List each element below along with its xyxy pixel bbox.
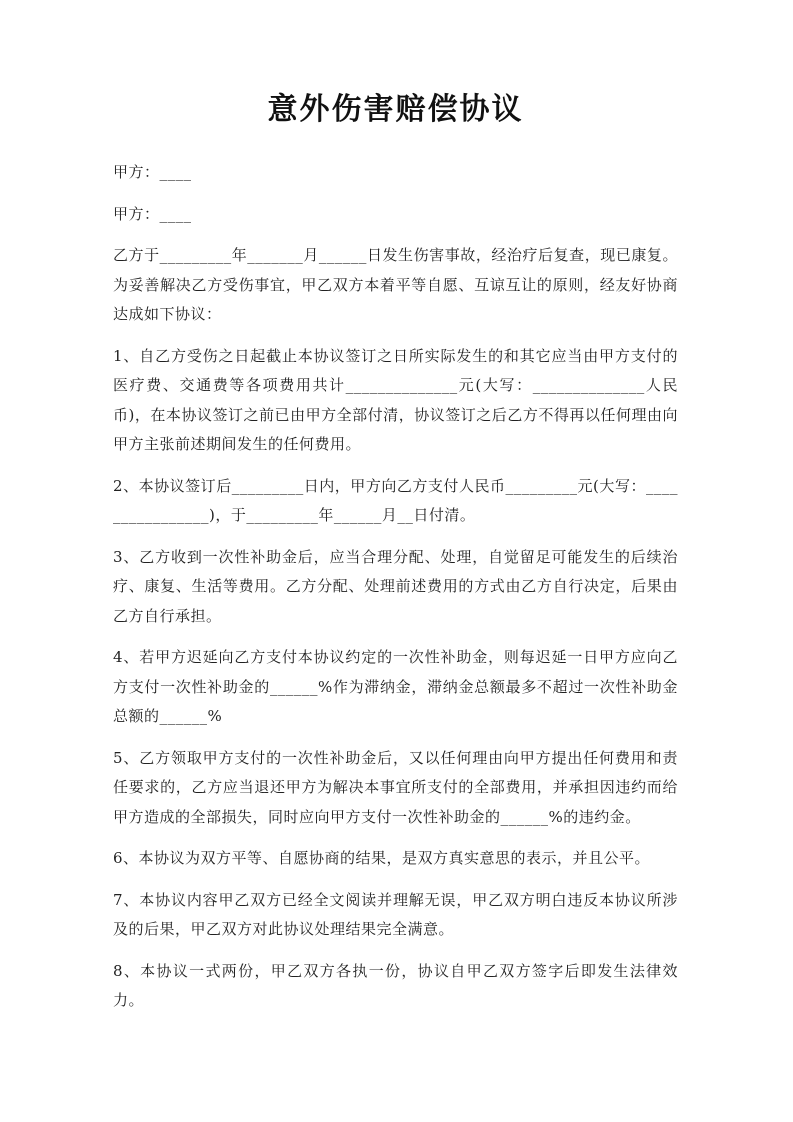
party-a-line-2: 甲方：____ <box>113 200 678 230</box>
clause-3: 3、乙方收到一次性补助金后，应当合理分配、处理，自觉留足可能发生的后续治疗、康复… <box>113 543 678 632</box>
clause-6: 6、本协议为双方平等、自愿协商的结果，是双方真实意思的表示，并且公平。 <box>113 844 678 874</box>
clause-2: 2、本协议签订后_________日内，甲方向乙方支付人民币_________元… <box>113 472 678 531</box>
clause-4: 4、若甲方迟延向乙方支付本协议约定的一次性补助金，则每迟延一日甲方应向乙方支付一… <box>113 643 678 732</box>
document-title: 意外伤害赔偿协议 <box>113 88 678 132</box>
clause-5: 5、乙方领取甲方支付的一次性补助金后，又以任何理由向甲方提出任何费用和责任要求的… <box>113 744 678 833</box>
clause-7: 7、本协议内容甲乙双方已经全文阅读并理解无误，甲乙双方明白违反本协议所涉及的后果… <box>113 886 678 945</box>
preamble-paragraph: 乙方于_________年_______月______日发生伤害事故，经治疗后复… <box>113 241 678 330</box>
party-a-line-1: 甲方：____ <box>113 158 678 188</box>
document-page: 意外伤害赔偿协议 甲方：____ 甲方：____ 乙方于_________年__… <box>0 0 793 1122</box>
clause-1: 1、自乙方受伤之日起截止本协议签订之日所实际发生的和其它应当由甲方支付的医疗费、… <box>113 342 678 460</box>
clause-8: 8、本协议一式两份，甲乙双方各执一份，协议自甲乙双方签字后即发生法律效力。 <box>113 957 678 1016</box>
